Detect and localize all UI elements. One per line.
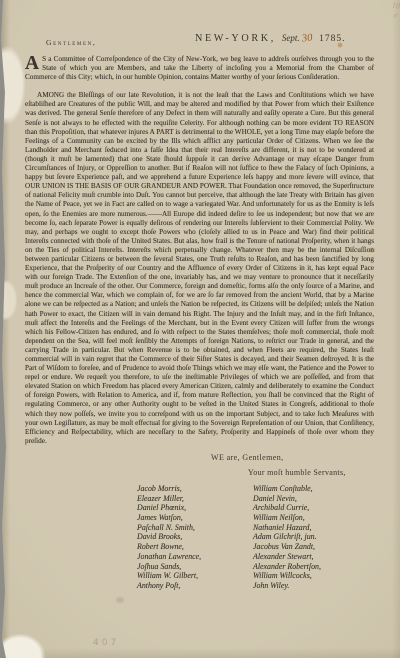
- signature-block: Jacob Morris,Eleazer Miller,Daniel Phœni…: [137, 484, 374, 591]
- corner-mark: c: [389, 9, 399, 19]
- signature-name: Jacobus Van Zandt,: [253, 542, 321, 552]
- signature-name: Daniel Phœnix,: [137, 503, 241, 513]
- signature-name: Eleazer Miller,: [137, 494, 241, 504]
- signature-name: Alexander Robertſon,: [253, 562, 321, 572]
- signature-name: Nathaniel Hazard,: [253, 523, 321, 533]
- document-scan: 10 c Gentlemen, NEW-YORK, Sept.30 1785. …: [0, 0, 400, 658]
- signature-name: William Neilſon,: [253, 513, 321, 523]
- corner-ink-annotation: 10 c: [389, 0, 400, 19]
- dateline-month: Sept.: [282, 33, 300, 43]
- opening-paragraph: AS a Committee of Correſpondence of the …: [25, 55, 374, 82]
- signature-name: Joſhua Sands,: [137, 562, 241, 572]
- document-page: 10 c Gentlemen, NEW-YORK, Sept.30 1785. …: [0, 0, 400, 658]
- dateline-place: NEW-YORK,: [195, 33, 276, 44]
- signature-name: Archibald Currie,: [253, 503, 321, 513]
- page-body: Gentlemen, NEW-YORK, Sept.30 1785. AS a …: [25, 28, 374, 591]
- drop-cap: A: [25, 55, 42, 72]
- signature-column-left: Jacob Morris,Eleazer Miller,Daniel Phœni…: [137, 484, 241, 591]
- signature-name: William Conſtable,: [253, 484, 321, 494]
- signature-name: Daniel Nevin,: [253, 494, 321, 504]
- signature-name: Jonathan Lawrence,: [137, 552, 241, 562]
- signature-name: Robert Bowne,: [137, 542, 241, 552]
- signature-name: William Willcocks,: [253, 571, 321, 581]
- signature-column-right: William Conſtable,Daniel Nevin,Archibald…: [253, 484, 321, 591]
- signature-name: John Wiley.: [253, 581, 321, 591]
- dateline: NEW-YORK, Sept.30 1785.: [195, 28, 345, 46]
- pencil-annotation: 407: [93, 638, 119, 648]
- signature-name: James Watſon,: [137, 513, 241, 523]
- dateline-day-handwritten: 30: [301, 32, 313, 44]
- closing-line: WE are, Gentlemen,: [211, 453, 374, 462]
- opening-paragraph-text: S a Committee of Correſpondence of the C…: [25, 55, 374, 81]
- letter-header: Gentlemen, NEW-YORK, Sept.30 1785.: [25, 28, 374, 55]
- signature-name: Anthony Poſt,: [137, 581, 241, 591]
- signature-name: David Brooks,: [137, 532, 241, 542]
- signature-name: Paſchall N. Smith,: [137, 523, 241, 533]
- main-paragraph: AMONG the Bleſſings of our late Revoluti…: [25, 91, 374, 446]
- dateline-year: 1785.: [319, 34, 345, 44]
- servants-line: Your moſt humble Servants,: [248, 468, 374, 477]
- signature-name: Jacob Morris,: [137, 484, 241, 494]
- signature-name: William W. Gilbert,: [137, 571, 241, 581]
- signature-name: Alexander Stewart,: [253, 552, 321, 562]
- salutation: Gentlemen,: [46, 38, 96, 47]
- signature-name: Adam Gilchriſt, jun.: [253, 532, 321, 542]
